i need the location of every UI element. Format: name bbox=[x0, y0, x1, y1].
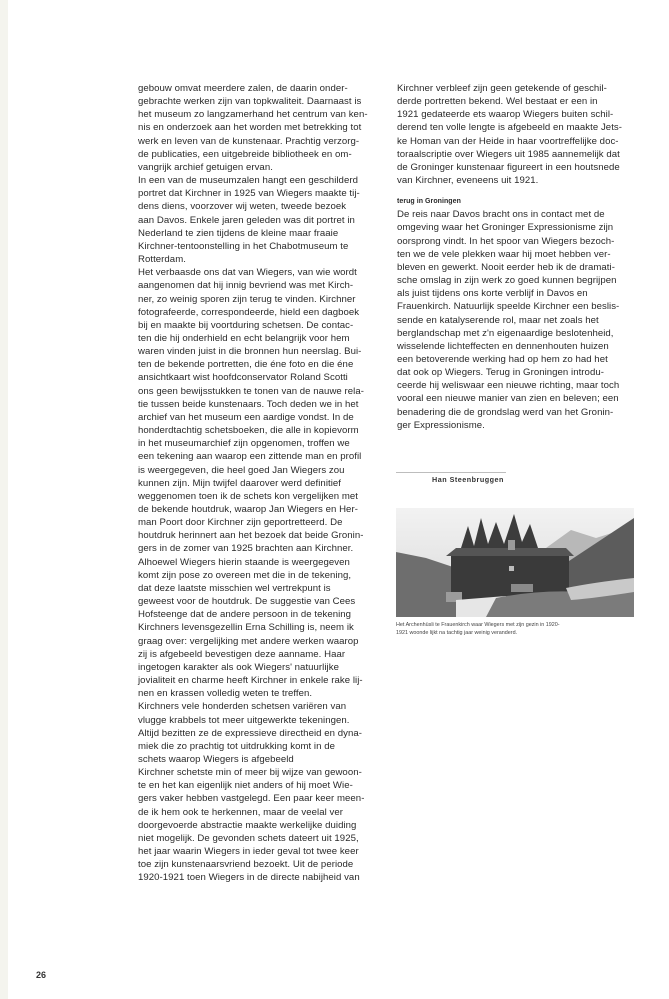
text-line: ingetogen karakter als ook Wiegers' natu… bbox=[138, 661, 378, 674]
signature-divider bbox=[396, 472, 506, 473]
text-line: een betoverende werking had op hem zo ha… bbox=[397, 353, 637, 366]
text-line: kunnen zijn. Mijn twijfel daarover werd … bbox=[138, 477, 378, 490]
text-line: jovialiteit en charme heeft Kirchner in … bbox=[138, 674, 378, 687]
text-line: het jaar waarin Wiegers in ieder geval t… bbox=[138, 845, 378, 858]
right-text-column: Kirchner verbleef zijn geen getekende of… bbox=[397, 82, 637, 432]
text-line: dens diens, voorzover wij weten, tweede … bbox=[138, 200, 378, 213]
text-line: ten die hij onderhield en echt belangrij… bbox=[138, 332, 378, 345]
text-line: ceerde hij weliswaar een nieuwe richting… bbox=[397, 379, 637, 392]
text-line: in het museumarchief zijn opgenomen, tro… bbox=[138, 437, 378, 450]
text-line: bij en maakte bij voortduring schetsen. … bbox=[138, 319, 378, 332]
text-line: een tekening aan waarop een zittende man… bbox=[138, 450, 378, 463]
text-line: ons geen bewijsstukken te tonen van de n… bbox=[138, 385, 378, 398]
text-line: gebouw omvat meerdere zalen, de daarin o… bbox=[138, 82, 378, 95]
text-line: ke Homan van der Heide in haar voortreff… bbox=[397, 135, 637, 148]
text-line: man Poort door Kirchner zijn geportrette… bbox=[138, 516, 378, 529]
text-line: weggenomen toen ik de schets kon vergeli… bbox=[138, 490, 378, 503]
text-line: De reis naar Davos bracht ons in contact… bbox=[397, 208, 637, 221]
text-line: ner, zo weinig sporen zijn terug te vind… bbox=[138, 293, 378, 306]
text-line: gers vaker hebben vastgelegd. Een paar k… bbox=[138, 792, 378, 805]
text-line: het museum zo langzamerhand het centrum … bbox=[138, 108, 378, 121]
text-line: portret dat Kirchner in 1925 van Wiegers… bbox=[138, 187, 378, 200]
text-line: houtdruk herinnert aan het bezoek dat be… bbox=[138, 529, 378, 542]
text-line: derend ten volle lengte is afgebeeld en … bbox=[397, 121, 637, 134]
text-line: benadering die de grondslag werd van het… bbox=[397, 406, 637, 419]
text-line: schets waarop Wiegers is afgebeeld bbox=[138, 753, 378, 766]
text-line: is weergegeven, die heel goed Jan Wieger… bbox=[138, 464, 378, 477]
text-line: doorgevoerde abstractie maakte werkelijk… bbox=[138, 819, 378, 832]
text-line: ten de bekende portretten, die éne foto … bbox=[138, 358, 378, 371]
text-line: de bekende houtdruk, waarop Jan Wiegers … bbox=[138, 503, 378, 516]
text-line: de publicaties, een uitgebreide biblioth… bbox=[138, 148, 378, 161]
text-line: toe zijn kunstenaarsvriend bezoekt. Uit … bbox=[138, 858, 378, 871]
text-line: tie tussen beide kunstenaars. Toch deden… bbox=[138, 398, 378, 411]
text-line: derde portretten bekend. Wel bestaat er … bbox=[397, 95, 637, 108]
text-line: Hofsteenge dat de andere persoon in de t… bbox=[138, 608, 378, 621]
text-line: Kirchner verbleef zijn geen getekende of… bbox=[397, 82, 637, 95]
text-line: vooral een nieuwe manier van zien en bel… bbox=[397, 392, 637, 405]
text-line: wisselende lichteffecten en dennenhouten… bbox=[397, 340, 637, 353]
text-line: werk en leven van de kunstenaar. Prachti… bbox=[138, 135, 378, 148]
text-line: nis en onderzoek aan het worden met betr… bbox=[138, 121, 378, 134]
text-line: dat deze laatste misschien wel vertrekpu… bbox=[138, 582, 378, 595]
text-line: geweest voor de houtdruk. De suggestie v… bbox=[138, 595, 378, 608]
text-line: miek die zo prachtig tot uitdrukking kom… bbox=[138, 740, 378, 753]
text-line: ansichtkaart wist hoofdconservator Rolan… bbox=[138, 371, 378, 384]
text-line: Kirchner schetste min of meer bij wijze … bbox=[138, 766, 378, 779]
text-line: gebrachte werken zijn van topkwaliteit. … bbox=[138, 95, 378, 108]
page-number: 26 bbox=[36, 970, 46, 980]
left-text-column: gebouw omvat meerdere zalen, de daarin o… bbox=[138, 82, 378, 885]
text-line: toraalscriptie over Wiegers uit 1985 aan… bbox=[397, 148, 637, 161]
right-section-paragraph: De reis naar Davos bracht ons in contact… bbox=[397, 208, 637, 432]
text-line: bleven en gewerkt. Nooit eerder heb ik d… bbox=[397, 261, 637, 274]
text-line: Kirchners levensgezellin Erna Schilling … bbox=[138, 621, 378, 634]
text-line: aangenomen dat hij innig bevriend was me… bbox=[138, 279, 378, 292]
page-edge bbox=[0, 0, 8, 999]
author-signature: Han Steenbruggen bbox=[432, 475, 504, 484]
text-line: omgeving waar het Groninger Expressionis… bbox=[397, 221, 637, 234]
text-line: komt zijn pose zo overeen met die in de … bbox=[138, 569, 378, 582]
text-line: sche omslag in zijn werk zo goed kunnen … bbox=[397, 274, 637, 287]
text-line: Nederland te zien tijdens de kleine maar… bbox=[138, 227, 378, 240]
text-line: niet mogelijk. De gevonden schets dateer… bbox=[138, 832, 378, 845]
text-line: Frauenkirch. Natuurlijk speelde Kirchner… bbox=[397, 300, 637, 313]
text-line: Het verbaasde ons dat van Wiegers, van w… bbox=[138, 266, 378, 279]
chalet-photo bbox=[396, 508, 634, 617]
text-line: gers in de zomer van 1925 brachten aan K… bbox=[138, 542, 378, 555]
section-subheading: terug in Groningen bbox=[397, 197, 637, 207]
text-line: honderdtachtig schetsboeken, die alle in… bbox=[138, 424, 378, 437]
text-line: zij is afgebeeld bevestigen deze aanname… bbox=[138, 648, 378, 661]
photo-caption: Het Archenhüsli te Frauenkirch waar Wieg… bbox=[396, 621, 636, 637]
text-line: de Groninger kunstenaar figureert in een… bbox=[397, 161, 637, 174]
text-line: ten we de vele plekken waar hij moet heb… bbox=[397, 248, 637, 261]
text-line: 1920-1921 toen Wiegers in de directe nab… bbox=[138, 871, 378, 884]
caption-line: Het Archenhüsli te Frauenkirch waar Wieg… bbox=[396, 621, 636, 629]
text-line: sende en katalyserende rol, maar net zoa… bbox=[397, 314, 637, 327]
text-line: de ik hem ook te herkennen, maar de veel… bbox=[138, 806, 378, 819]
text-line: 1921 gedateerde ets waarop Wiegers buite… bbox=[397, 108, 637, 121]
text-line: vangrijk archief getuigen ervan. bbox=[138, 161, 378, 174]
text-line: van Kirchner, eveneens uit 1921. bbox=[397, 174, 637, 187]
caption-line: 1921 woonde lijkt na tachtig jaar weinig… bbox=[396, 629, 636, 637]
text-line: Rotterdam. bbox=[138, 253, 378, 266]
text-line: fotografeerde, correspondeerde, hield ee… bbox=[138, 306, 378, 319]
text-line: In een van de museumzalen hangt een gesc… bbox=[138, 174, 378, 187]
right-intro-paragraph: Kirchner verbleef zijn geen getekende of… bbox=[397, 82, 637, 187]
text-line: als juist tijdens ons korte verblijf in … bbox=[397, 287, 637, 300]
text-line: dat ook op Wiegers. Terug in Groningen i… bbox=[397, 366, 637, 379]
text-line: Kirchner-tentoonstelling in het Chabotmu… bbox=[138, 240, 378, 253]
text-line: berglandschap met z'n eigenaardige beslo… bbox=[397, 327, 637, 340]
text-line: oorsprong vindt. In het spoor van Wieger… bbox=[397, 235, 637, 248]
text-line: waren vinden juist in die bronnen hun ne… bbox=[138, 345, 378, 358]
text-line: archief van het museum een aardige vonds… bbox=[138, 411, 378, 424]
text-line: graag over: vergelijking met andere werk… bbox=[138, 635, 378, 648]
text-line: Kirchners vele honderden schetsen variër… bbox=[138, 700, 378, 713]
text-line: te en het kan eigenlijk niet anders of h… bbox=[138, 779, 378, 792]
text-line: ger Expressionisme. bbox=[397, 419, 637, 432]
text-line: aan Davos. Enkele jaren geleden was dit … bbox=[138, 214, 378, 227]
text-line: Altijd bezitten ze de expressieve direct… bbox=[138, 727, 378, 740]
text-line: nen en krassen volledig weten te treffen… bbox=[138, 687, 378, 700]
chalet-photo-image bbox=[396, 508, 634, 617]
text-line: vlugge krabbels tot meer uitgewerkte tek… bbox=[138, 714, 378, 727]
text-line: Alhoewel Wiegers hierin staande is weerg… bbox=[138, 556, 378, 569]
